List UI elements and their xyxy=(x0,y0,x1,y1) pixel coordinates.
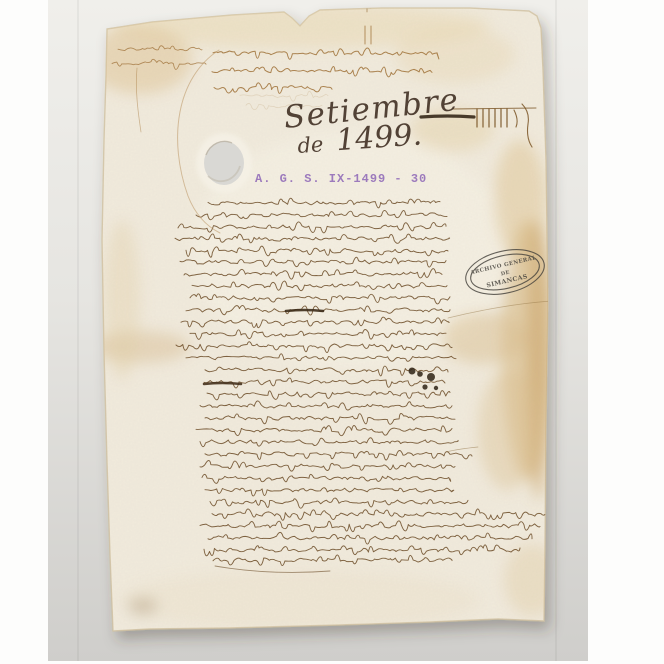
mark-crossed-word-left-margin xyxy=(204,383,241,384)
heading-de: de xyxy=(297,132,324,158)
archival-reference-stamp: A. G. S. IX-1499 - 30 xyxy=(255,172,427,186)
photograph-of-manuscript: Setiembre de 1499. A. G. S. IX-1499 - 30… xyxy=(0,0,664,664)
manuscript-page: Setiembre de 1499. A. G. S. IX-1499 - 30… xyxy=(0,0,664,664)
worm-hole xyxy=(196,133,252,193)
heading-year: 1499. xyxy=(335,117,423,158)
mark-crossed-word-body xyxy=(286,310,323,311)
